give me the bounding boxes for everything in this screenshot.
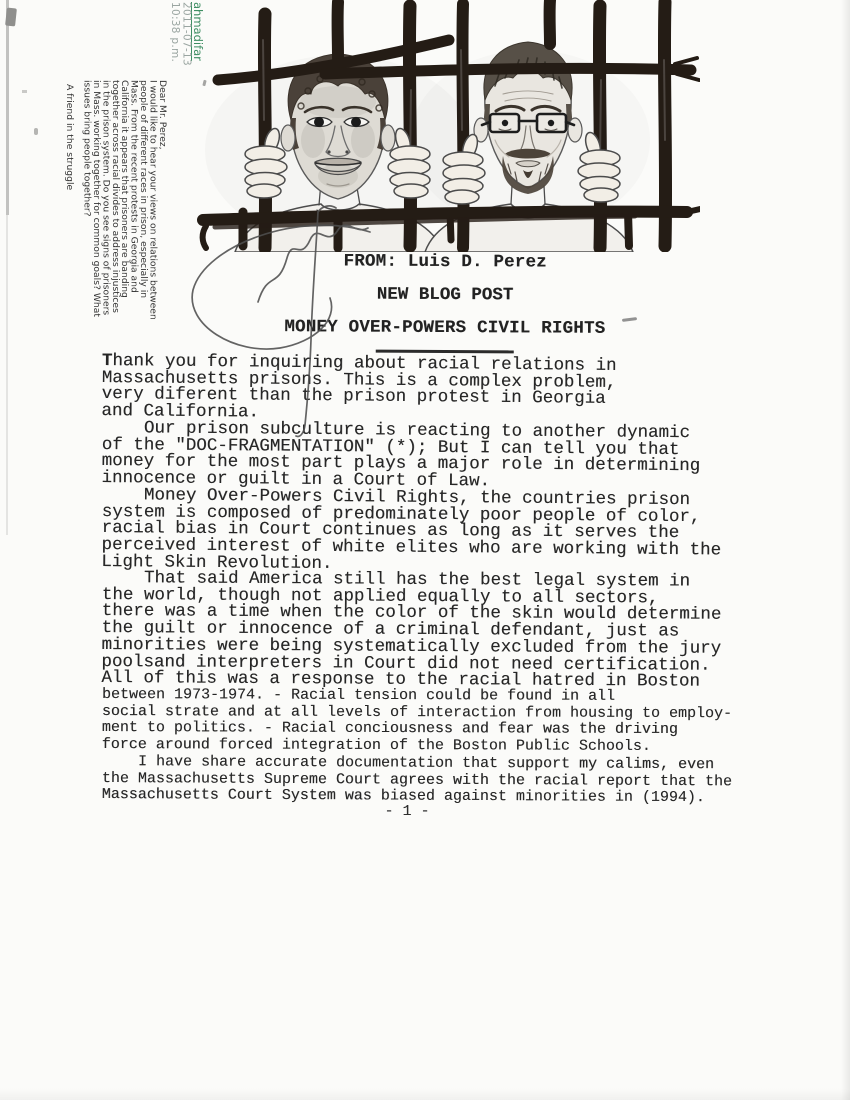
comment-signoff: A friend in the struggle (65, 84, 74, 354)
paragraph-4: That said America still has the best leg… (101, 570, 792, 691)
scan-edge-shadow (841, 0, 850, 1100)
scan-edge-streak (6, 215, 8, 535)
paragraph-3: Money Over-Powers Civil Rights, the coun… (101, 487, 792, 577)
scan-speck (22, 90, 27, 93)
scan-edge-streak (6, 0, 9, 215)
scan-edge-shadow (0, 1088, 850, 1100)
paragraph-5: I have share accurate documentation that… (102, 754, 792, 808)
handwritten-signature (150, 205, 460, 445)
scan-speck (34, 128, 38, 135)
paragraph-4-continued: between 1973-1974. - Racial tension coul… (102, 687, 792, 756)
stray-pen-mark (622, 317, 637, 322)
scan-corner-mark (5, 8, 17, 27)
